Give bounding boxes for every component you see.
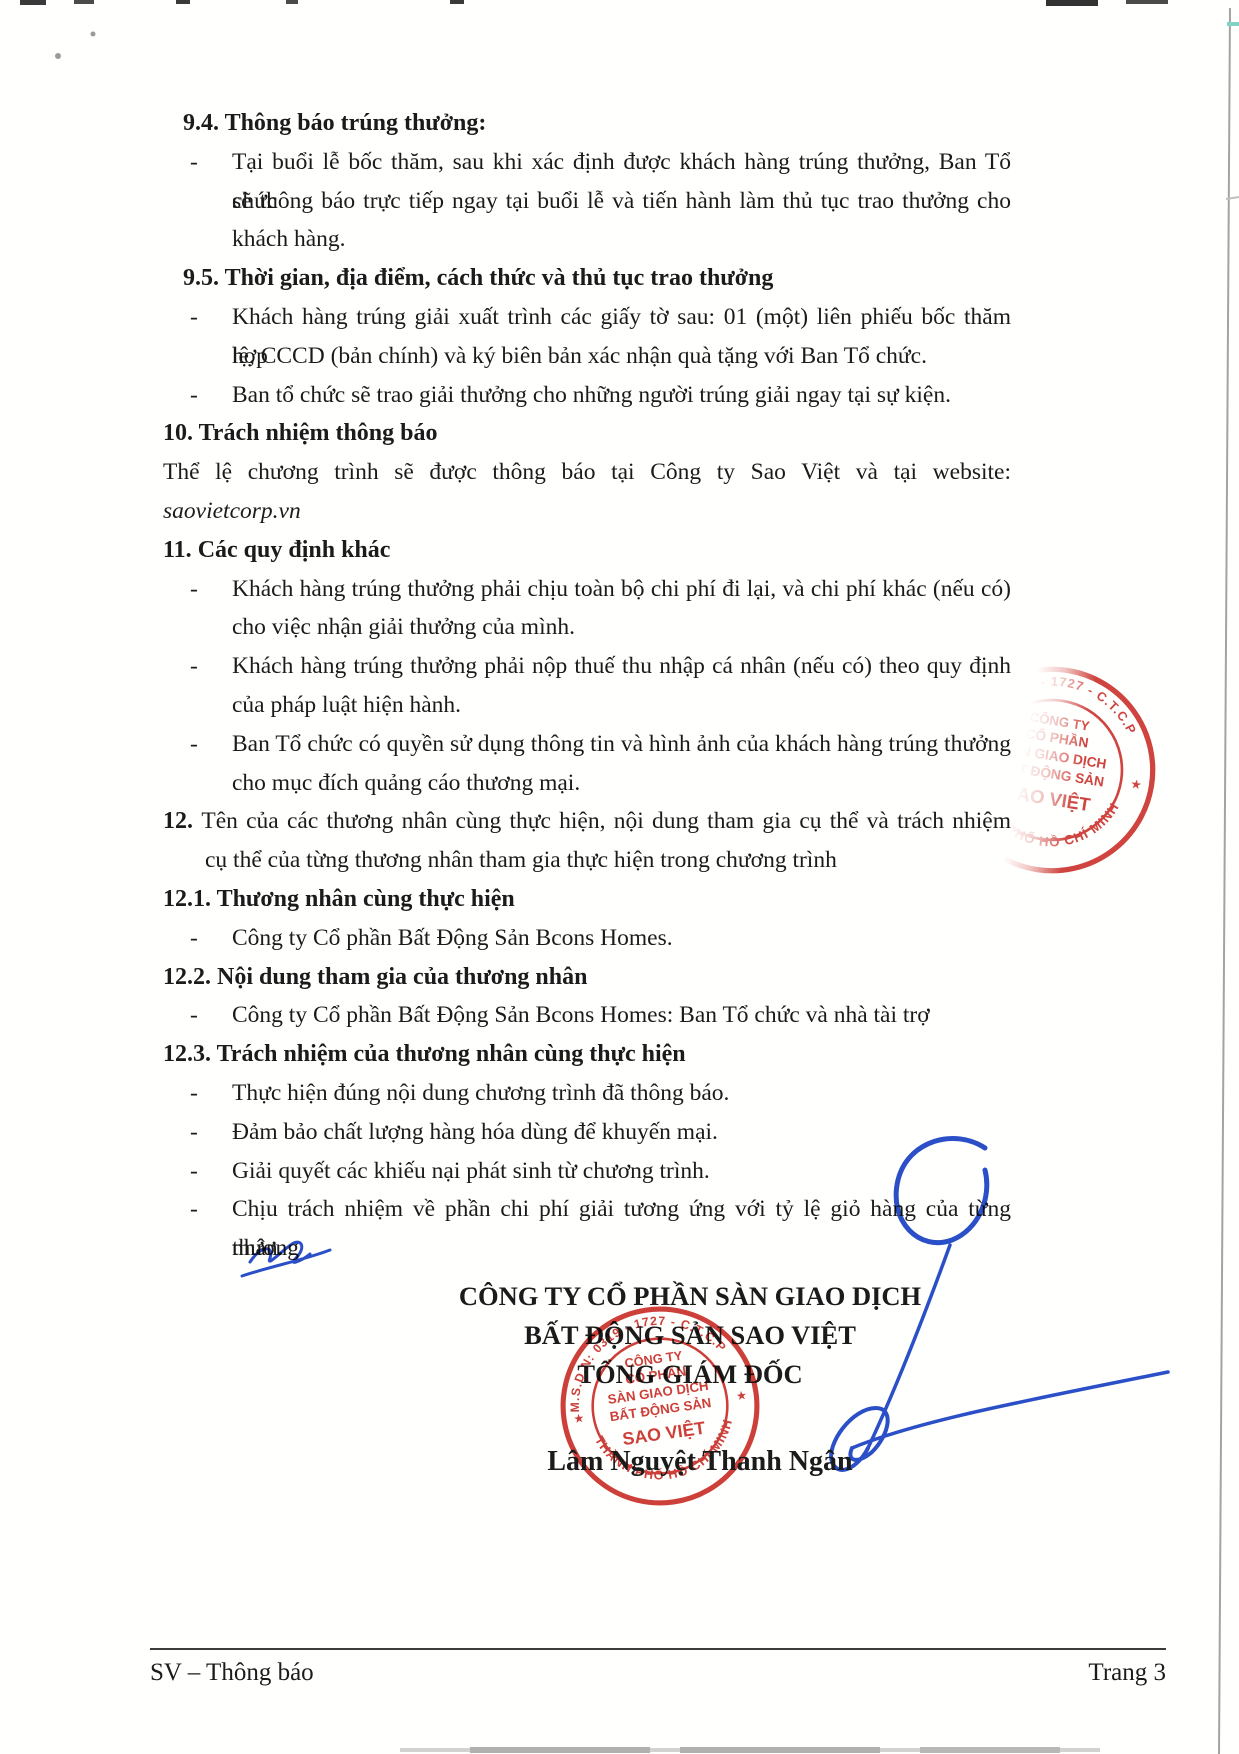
item-number: 12.1. [163, 886, 217, 912]
stamp-center-line5: SAO VIỆT [621, 1417, 706, 1449]
page-footer: SV – Thông báo Trang 3 [150, 1648, 1166, 1687]
text-line: -Giải quyết các khiếu nại phát sinh từ c… [163, 1152, 1011, 1191]
text-line: Thể lệ chương trình sẽ được thông báo tạ… [163, 453, 1011, 492]
text-line: 9.5. Thời gian, địa điểm, cách thức và t… [163, 259, 1011, 298]
text-line: -Khách hàng trúng thưởng phải chịu toàn … [163, 570, 1011, 609]
text-line: cho việc nhận giải thưởng của mình. [163, 608, 1011, 647]
text-line: 12.3. Trách nhiệm của thương nhân cùng t… [163, 1035, 1011, 1074]
text-line: -Ban tổ chức sẽ trao giải thưởng cho nhữ… [163, 376, 1011, 415]
text-line: 10. Trách nhiệm thông báo [163, 414, 1011, 453]
text-line: saovietcorp.vn [163, 492, 1011, 531]
bullet-dash: - [190, 647, 198, 686]
text-line: -Thực hiện đúng nội dung chương trình đã… [163, 1074, 1011, 1113]
stamp-star-right: ★ [1129, 776, 1143, 793]
company-stamp-icon: M.S.D.N: 0319 - 1727 - C.T.C.P THÀNH PHỐ… [545, 1291, 775, 1521]
item-number: 9.5. [183, 265, 225, 291]
text-line: 9.4. Thông báo trúng thưởng: [163, 104, 1011, 143]
document-body: 9.4. Thông báo trúng thưởng:-Tại buổi lễ… [163, 104, 1011, 1268]
text-line: của pháp luật hiện hành. [163, 686, 1011, 725]
text-line: -Khách hàng trúng giải xuất trình các gi… [163, 298, 1011, 337]
bullet-dash: - [190, 376, 198, 415]
bullet-dash: - [190, 1074, 198, 1113]
text-line: -Tại buổi lễ bốc thăm, sau khi xác định … [163, 143, 1011, 182]
footer-page-number: Trang 3 [1088, 1659, 1166, 1687]
text-line: cho mục đích quảng cáo thương mại. [163, 764, 1011, 803]
item-number: 12. [163, 808, 201, 834]
text-line: 11. Các quy định khác [163, 531, 1011, 570]
text-line: -Công ty Cổ phần Bất Động Sản Bcons Home… [163, 919, 1011, 958]
text-line: lệ, CCCD (bản chính) và ký biên bản xác … [163, 337, 1011, 376]
text-line: -Ban Tổ chức có quyền sử dụng thông tin … [163, 725, 1011, 764]
footer-doc-label: SV – Thông báo [150, 1659, 314, 1687]
partial-stamp-icon: M.S.D.N: 0319 - 1727 - C.T.C.P THÀNH PHỐ… [946, 664, 1158, 876]
item-number: 12.2. [163, 964, 217, 990]
item-number: 12.3. [163, 1041, 217, 1067]
item-number: 9.4. [183, 110, 225, 136]
bullet-dash: - [190, 919, 198, 958]
item-number: 11. [163, 537, 198, 563]
bullet-dash: - [190, 143, 198, 182]
text-line: 12.1. Thương nhân cùng thực hiện [163, 880, 1011, 919]
stamp-star-left: ★ [572, 1411, 585, 1426]
text-line: 12. Tên của các thương nhân cùng thực hi… [163, 802, 1011, 841]
item-number: 10. [163, 420, 199, 446]
bullet-dash: - [190, 1190, 198, 1229]
document-page: 9.4. Thông báo trúng thưởng:-Tại buổi lễ… [0, 0, 1239, 1754]
text-line: cụ thể của từng thương nhân tham gia thự… [163, 841, 1011, 880]
text-line: -Đảm bảo chất lượng hàng hóa dùng để khu… [163, 1113, 1011, 1152]
bullet-dash: - [190, 1113, 198, 1152]
text-line: khách hàng. [163, 220, 1011, 259]
bullet-dash: - [190, 996, 198, 1035]
bullet-dash: - [190, 1152, 198, 1191]
text-line: -Chịu trách nhiệm về phần chi phí giải t… [163, 1190, 1011, 1229]
text-line: -Công ty Cổ phần Bất Động Sản Bcons Home… [163, 996, 1011, 1035]
bullet-dash: - [190, 298, 198, 337]
text-line: 12.2. Nội dung tham gia của thương nhân [163, 958, 1011, 997]
stamp-star-left: ★ [961, 749, 975, 766]
bullet-dash: - [190, 570, 198, 609]
stamp-center-line5: SAO VIỆT [1003, 781, 1092, 815]
stamp-star-right: ★ [735, 1388, 748, 1403]
text-line: nhân. [163, 1229, 1011, 1268]
text-line: sẽ thông báo trực tiếp ngay tại buổi lễ … [163, 182, 1011, 221]
bullet-dash: - [190, 725, 198, 764]
signer-name: Lâm Nguyệt Thanh Ngân [450, 1446, 950, 1478]
text-line: -Khách hàng trúng thưởng phải nộp thuế t… [163, 647, 1011, 686]
